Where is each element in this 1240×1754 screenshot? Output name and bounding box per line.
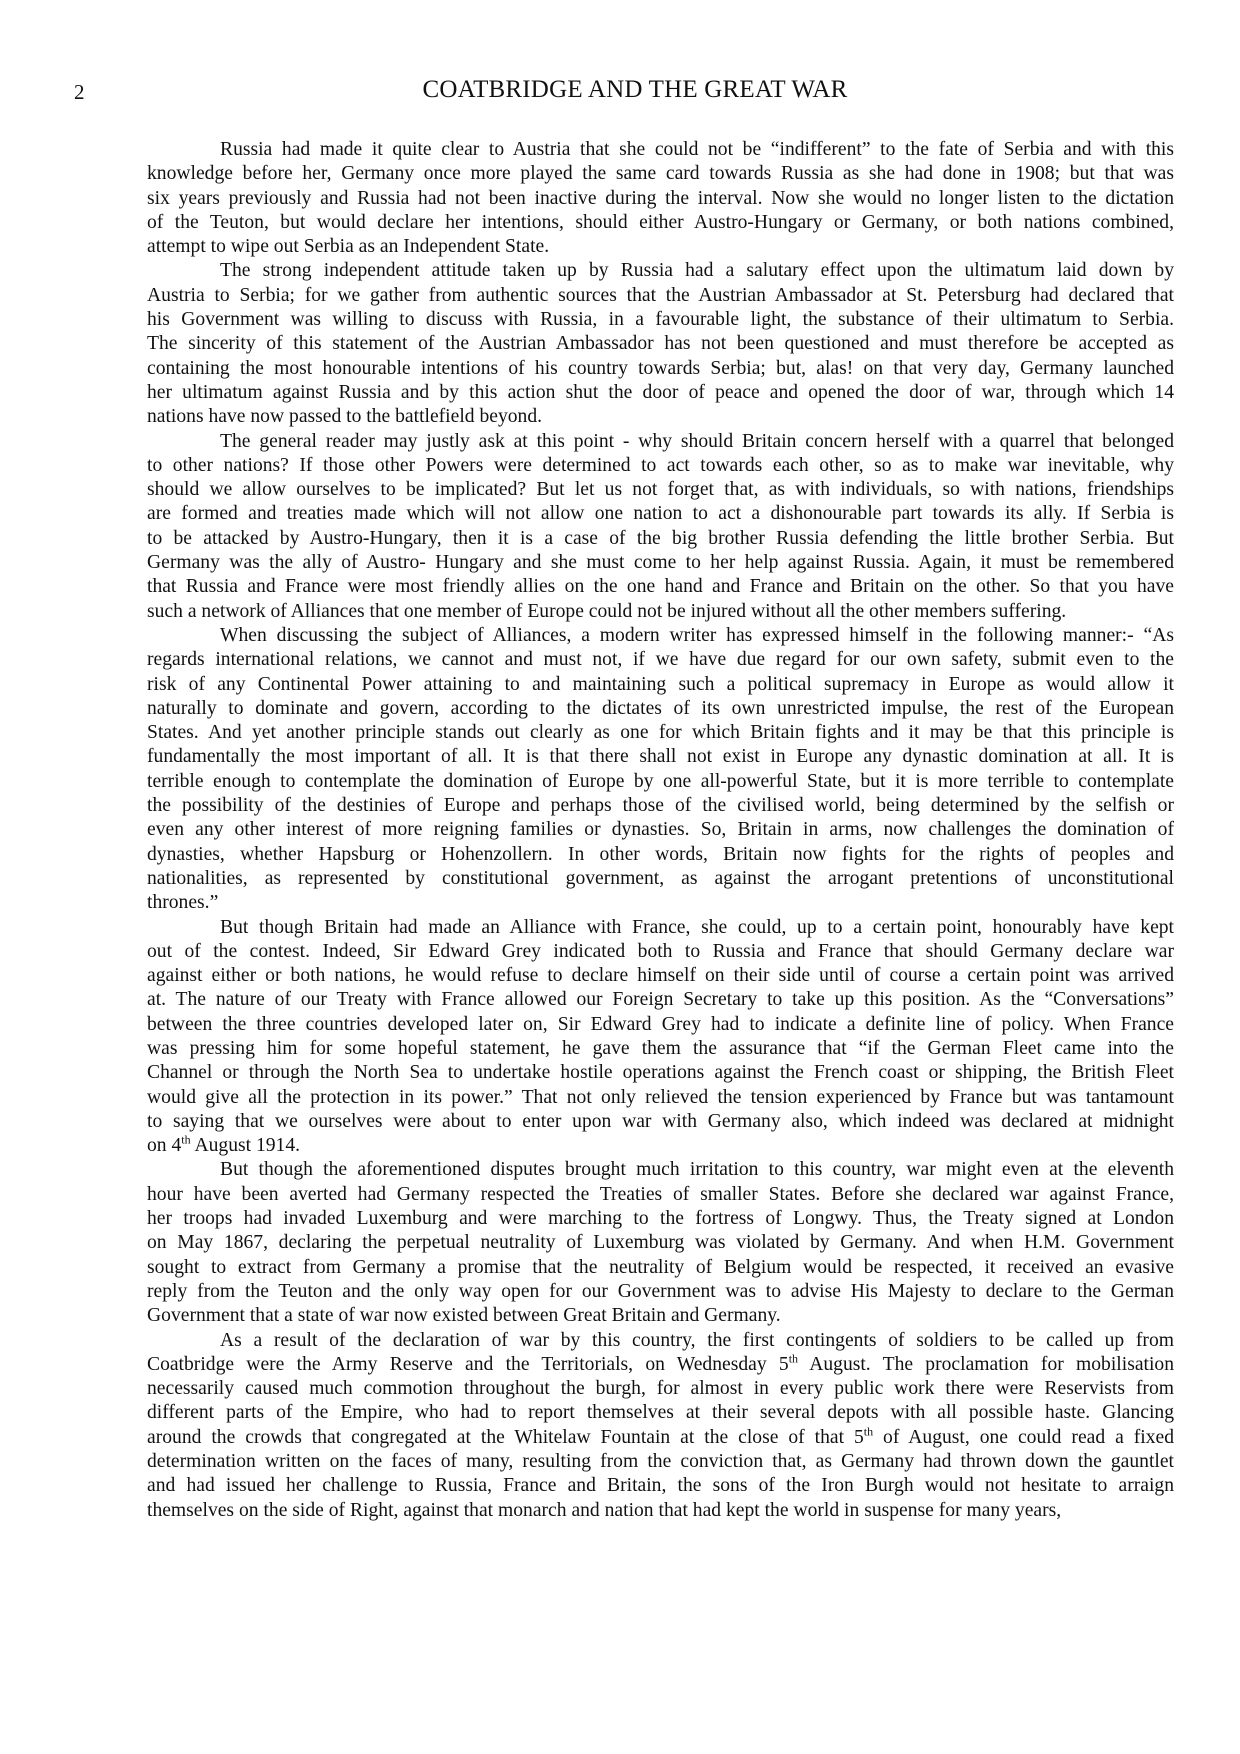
text-line: knowledge before her, Germany once more … [74, 162, 1174, 186]
text-line: risk of any Continental Power attaining … [74, 673, 1174, 697]
text-line: around the crowds that congregated at th… [74, 1426, 1174, 1450]
text-line: thrones.” [74, 891, 1174, 915]
text-line: against either or both nations, he would… [74, 964, 1174, 988]
paragraph-4: When discussing the subject of Alliances… [74, 624, 1174, 916]
document-page: 2 COATBRIDGE AND THE GREAT WAR Russia ha… [0, 0, 1240, 1754]
text-line: Coatbridge were the Army Reserve and the… [74, 1353, 1174, 1377]
text-line: his Government was willing to discuss wi… [74, 308, 1174, 332]
text-line: different parts of the Empire, who had t… [74, 1401, 1174, 1425]
paragraph-6: But though the aforementioned disputes b… [74, 1158, 1174, 1328]
text-line: dynasties, whether Hapsburg or Hohenzoll… [74, 843, 1174, 867]
text-line: But though the aforementioned disputes b… [74, 1158, 1174, 1182]
text-line: Germany was the ally of Austro- Hungary … [74, 551, 1174, 575]
text-line: even any other interest of more reigning… [74, 818, 1174, 842]
text-line: between the three countries developed la… [74, 1013, 1174, 1037]
text-line: necessarily caused much commotion throug… [74, 1377, 1174, 1401]
text-line: Austria to Serbia; for we gather from au… [74, 284, 1174, 308]
text-line: But though Britain had made an Alliance … [74, 916, 1174, 940]
text-line: fundamentally the most important of all.… [74, 745, 1174, 769]
text-line: hour have been averted had Germany respe… [74, 1183, 1174, 1207]
text-line: was pressing him for some hopeful statem… [74, 1037, 1174, 1061]
text-line: the possibility of the destinies of Euro… [74, 794, 1174, 818]
text-line: determination written on the faces of ma… [74, 1450, 1174, 1474]
text-line: out of the contest. Indeed, Sir Edward G… [74, 940, 1174, 964]
text-line: such a network of Alliances that one mem… [74, 600, 1174, 624]
text-line: her troops had invaded Luxemburg and wer… [74, 1207, 1174, 1231]
text-line: reply from the Teuton and the only way o… [74, 1280, 1174, 1304]
paragraph-3: The general reader may justly ask at thi… [74, 430, 1174, 624]
text-line: regards international relations, we cann… [74, 648, 1174, 672]
text-line: terrible enough to contemplate the domin… [74, 770, 1174, 794]
text-line: on 4th August 1914. [74, 1134, 1174, 1158]
text-line: attempt to wipe out Serbia as an Indepen… [74, 235, 1174, 259]
text-line: As a result of the declaration of war by… [74, 1329, 1174, 1353]
paragraph-5: But though Britain had made an Alliance … [74, 916, 1174, 1159]
text-line: to be attacked by Austro-Hungary, then i… [74, 527, 1174, 551]
text-line: at. The nature of our Treaty with France… [74, 988, 1174, 1012]
text-line: Government that a state of war now exist… [74, 1304, 1174, 1328]
text-line: nationalities, as represented by constit… [74, 867, 1174, 891]
text-line: six years previously and Russia had not … [74, 187, 1174, 211]
text-line: sought to extract from Germany a promise… [74, 1256, 1174, 1280]
text-line: When discussing the subject of Alliances… [74, 624, 1174, 648]
text-line: would give all the protection in its pow… [74, 1086, 1174, 1110]
text-line: to other nations? If those other Powers … [74, 454, 1174, 478]
text-line: on May 1867, declaring the perpetual neu… [74, 1231, 1174, 1255]
text-line: The general reader may justly ask at thi… [74, 430, 1174, 454]
paragraph-7: As a result of the declaration of war by… [74, 1329, 1174, 1523]
text-line: and had issued her challenge to Russia, … [74, 1474, 1174, 1498]
text-line: of the Teuton, but would declare her int… [74, 211, 1174, 235]
text-line: should we allow ourselves to be implicat… [74, 478, 1174, 502]
running-title: COATBRIDGE AND THE GREAT WAR [0, 76, 1240, 104]
text-line: themselves on the side of Right, against… [74, 1499, 1174, 1523]
paragraph-2: The strong independent attitude taken up… [74, 259, 1174, 429]
body-text: Russia had made it quite clear to Austri… [74, 138, 1174, 1523]
text-line: containing the most honourable intention… [74, 357, 1174, 381]
text-line: are formed and treaties made which will … [74, 502, 1174, 526]
text-line: that Russia and France were most friendl… [74, 575, 1174, 599]
text-line: States. And yet another principle stands… [74, 721, 1174, 745]
text-line: Russia had made it quite clear to Austri… [74, 138, 1174, 162]
text-line: her ultimatum against Russia and by this… [74, 381, 1174, 405]
text-line: The strong independent attitude taken up… [74, 259, 1174, 283]
text-line: The sincerity of this statement of the A… [74, 332, 1174, 356]
text-line: nations have now passed to the battlefie… [74, 405, 1174, 429]
text-line: naturally to dominate and govern, accord… [74, 697, 1174, 721]
paragraph-1: Russia had made it quite clear to Austri… [74, 138, 1174, 259]
text-line: Channel or through the North Sea to unde… [74, 1061, 1174, 1085]
text-line: to saying that we ourselves were about t… [74, 1110, 1174, 1134]
